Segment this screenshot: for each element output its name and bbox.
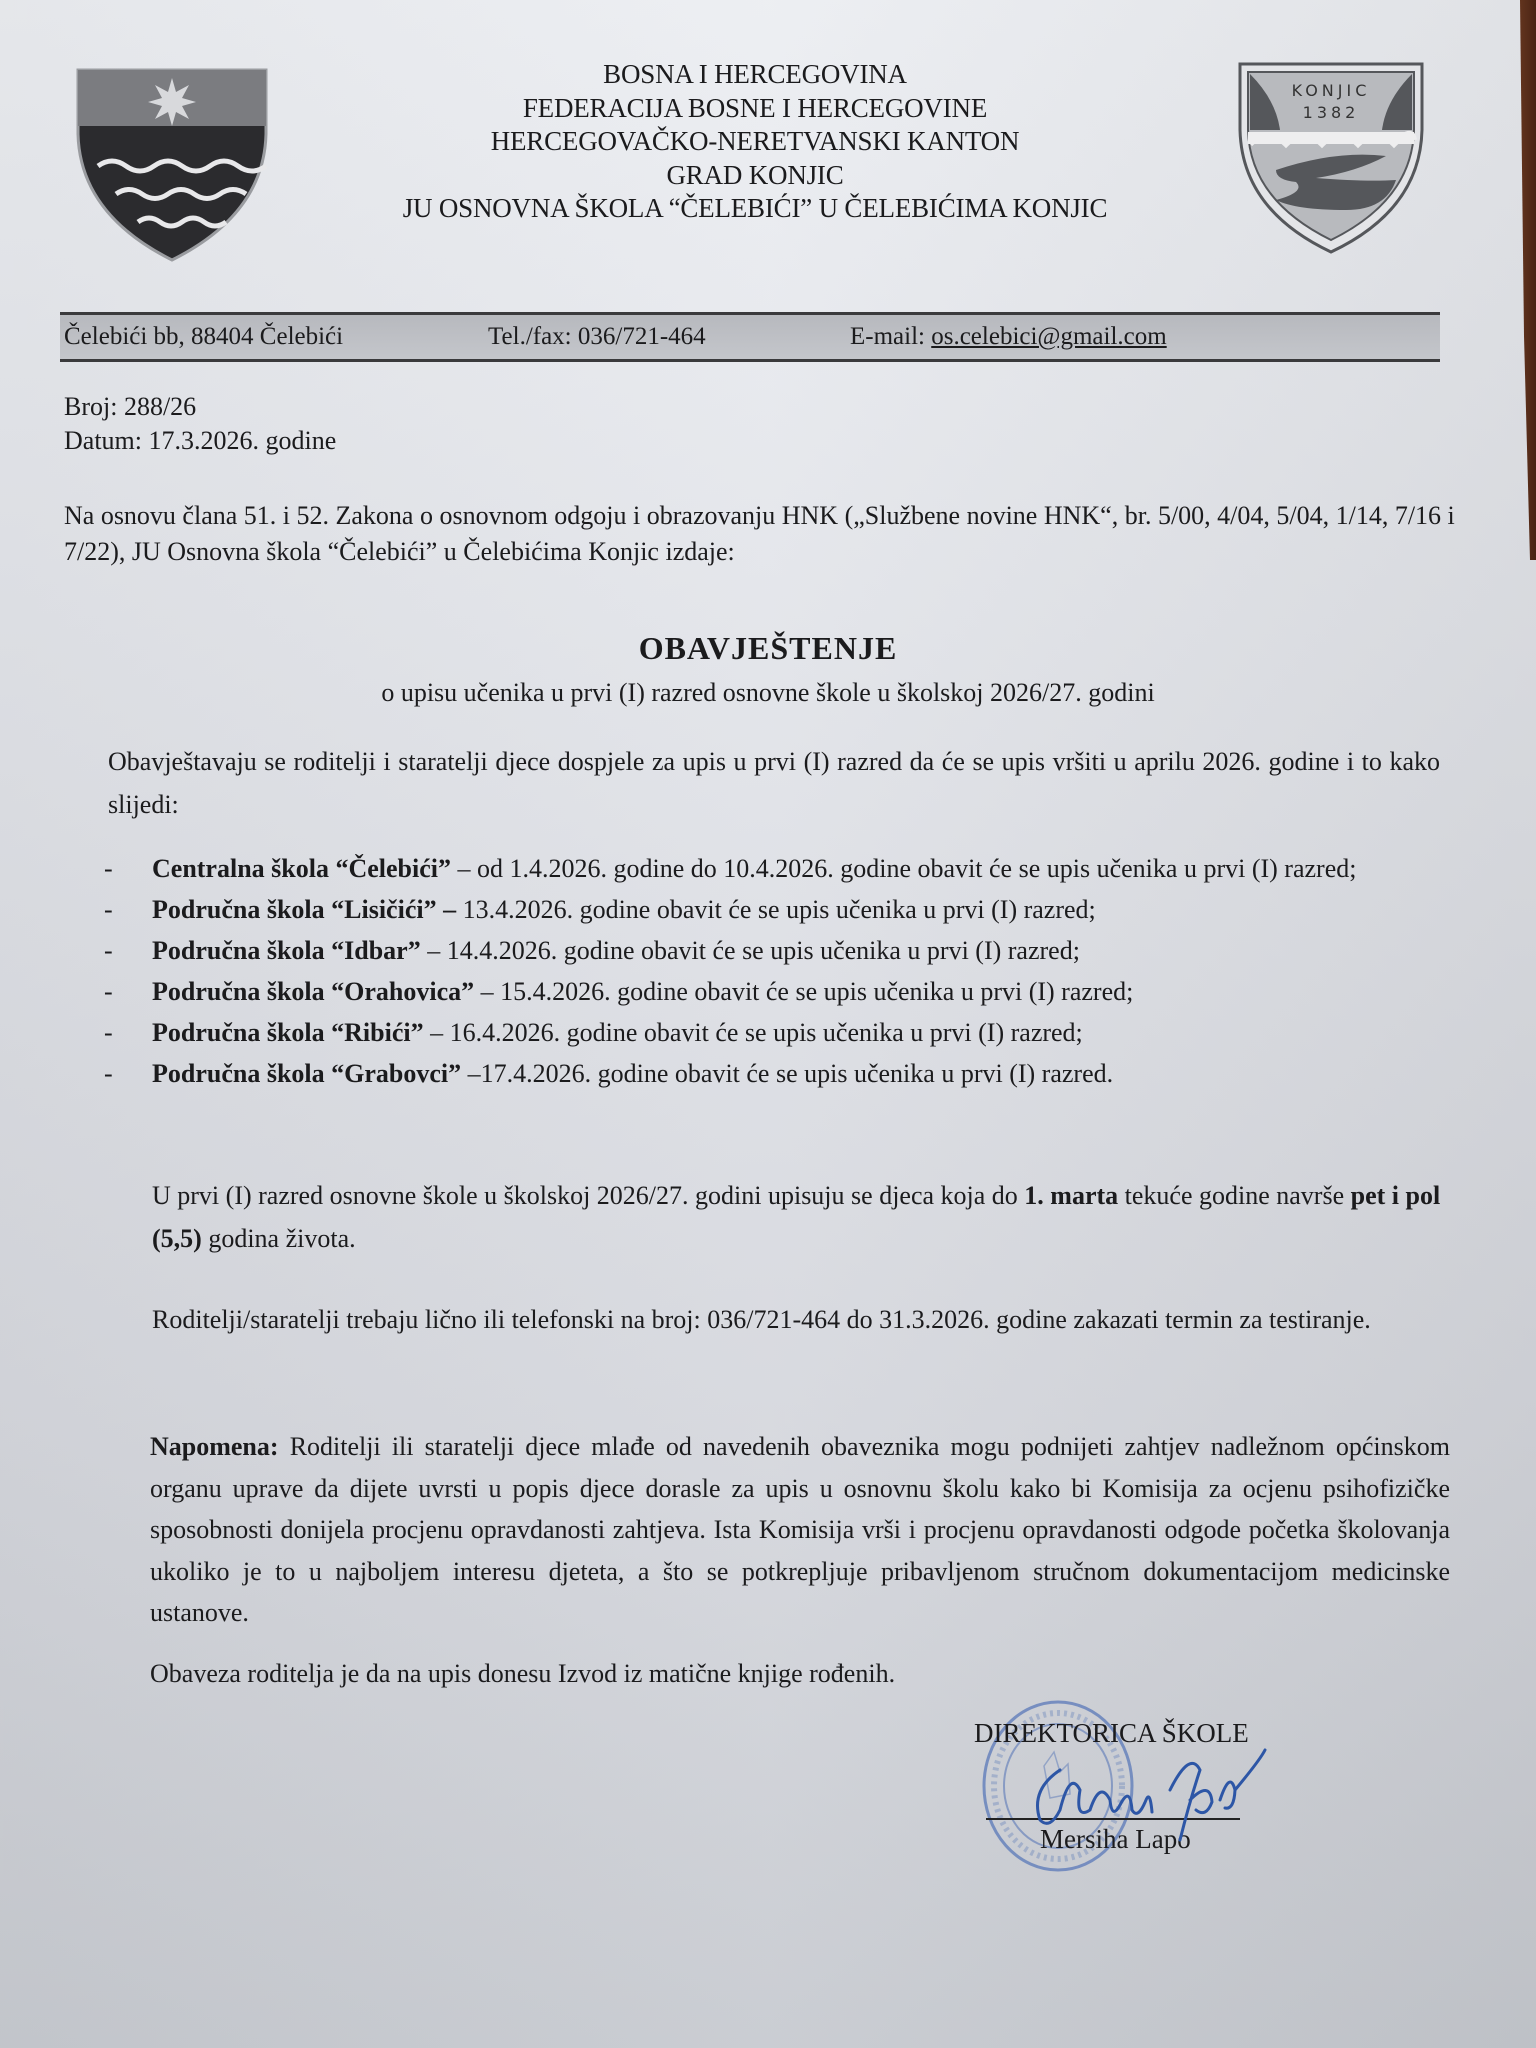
handwritten-signature-icon — [1020, 1730, 1270, 1860]
note-label: Napomena: — [150, 1432, 279, 1461]
svg-text:KONJIC: KONJIC — [1292, 81, 1371, 100]
schedule-text: –17.4.2026. godine obavit će se upis uče… — [461, 1059, 1113, 1088]
contact-address: Čelebići bb, 88404 Čelebići — [64, 315, 343, 359]
schedule-text: – 14.4.2026. godine obavit će se upis uč… — [421, 936, 1080, 965]
schedule-item: -Područna škola “Idbar” – 14.4.2026. god… — [104, 930, 1444, 971]
note-text: Roditelji ili staratelji djece mlađe od … — [150, 1432, 1450, 1627]
schedule-item: -Centralna škola “Čelebići” – od 1.4.202… — [104, 848, 1444, 889]
document-date: Datum: 17.3.2026. godine — [64, 424, 336, 458]
canton-crest-icon — [72, 64, 272, 264]
notice-paragraph: Obavještavaju se roditelji i staratelji … — [108, 740, 1440, 826]
contact-email: E-mail: os.celebici@gmail.com — [850, 315, 1167, 359]
enrollment-schedule: -Centralna škola “Čelebići” – od 1.4.202… — [104, 848, 1444, 1094]
header-school: JU OSNOVNA ŠKOLA “ČELEBIĆI” U ČELEBIĆIMA… — [340, 192, 1170, 226]
schedule-item: -Područna škola “Lisičići” – 13.4.2026. … — [104, 889, 1444, 930]
header-federation: FEDERACIJA BOSNE I HERCEGOVINE — [340, 92, 1170, 126]
schedule-item: -Područna škola “Orahovica” – 15.4.2026.… — [104, 971, 1444, 1012]
schedule-item: -Područna škola “Ribići” – 16.4.2026. go… — [104, 1012, 1444, 1053]
header-canton: HERCEGOVAČKO-NERETVANSKI KANTON — [340, 125, 1170, 159]
schedule-school: Centralna škola “Čelebići” — [152, 854, 451, 883]
note-paragraph: Napomena: Roditelji ili staratelji djece… — [150, 1426, 1450, 1634]
schedule-school: Područna škola “Ribići” — [152, 1018, 424, 1047]
age-rule-paragraph: U prvi (I) razred osnovne škole u školsk… — [152, 1174, 1444, 1260]
parent-obligation: Obaveza roditelja je da na upis donesu I… — [150, 1652, 1450, 1695]
header-country: BOSNA I HERCEGOVINA — [340, 58, 1170, 92]
legal-basis: Na osnovu člana 51. i 52. Zakona o osnov… — [64, 498, 1464, 570]
schedule-text: 13.4.2026. godine obavit će se upis učen… — [456, 895, 1096, 924]
email-label: E-mail: — [850, 323, 931, 350]
letterhead: BOSNA I HERCEGOVINA FEDERACIJA BOSNE I H… — [340, 58, 1170, 226]
document-title: OBAVJEŠTENJE — [0, 630, 1536, 667]
header-city: GRAD KONJIC — [340, 159, 1170, 193]
document-meta: Broj: 288/26 Datum: 17.3.2026. godine — [64, 390, 336, 458]
schedule-item: -Područna škola “Grabovci” –17.4.2026. g… — [104, 1053, 1444, 1094]
konjic-crest-icon: KONJIC 1382 — [1236, 60, 1426, 255]
document-subtitle: o upisu učenika u prvi (I) razred osnovn… — [0, 678, 1536, 708]
document-number: Broj: 288/26 — [64, 390, 336, 424]
contact-bar: Čelebići bb, 88404 Čelebići Tel./fax: 03… — [60, 312, 1440, 362]
schedule-school: Područna škola “Idbar” — [152, 936, 421, 965]
svg-text:1382: 1382 — [1303, 103, 1360, 122]
schedule-school: Područna škola “Grabovci” — [152, 1059, 461, 1088]
schedule-text: – 16.4.2026. godine obavit će se upis uč… — [424, 1018, 1083, 1047]
schedule-text: – 15.4.2026. godine obavit će se upis uč… — [474, 977, 1133, 1006]
contact-phone: Tel./fax: 036/721-464 — [488, 315, 706, 359]
schedule-school: Područna škola “Orahovica” — [152, 977, 474, 1006]
email-link[interactable]: os.celebici@gmail.com — [931, 323, 1166, 350]
testing-appointment-paragraph: Roditelji/staratelji trebaju lično ili t… — [152, 1298, 1444, 1341]
cutoff-date: 1. marta — [1024, 1181, 1118, 1210]
schedule-school: Područna škola “Lisičići” – — [152, 895, 456, 924]
schedule-text: – od 1.4.2026. godine do 10.4.2026. godi… — [451, 854, 1356, 883]
